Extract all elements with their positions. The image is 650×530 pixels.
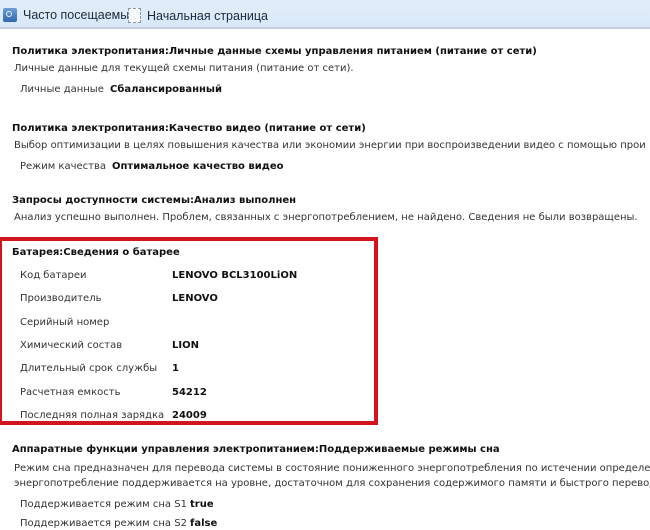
bookmark-most-visited[interactable]: Часто посещаемые <box>3 8 136 22</box>
row-key: Поддерживается режим сна S1 <box>20 499 190 510</box>
battery-row-manufacturer: Производитель LENOVO <box>20 287 297 310</box>
bookmark-home-page[interactable]: Начальная страница <box>128 8 268 23</box>
row-value: LENOVO BCL3100LiON <box>172 270 297 281</box>
section-description: Личные данные для текущей схемы питания … <box>14 63 537 74</box>
description-line: Режим сна предназначен для перевода сист… <box>14 461 650 476</box>
section-title: Запросы доступности системы:Анализ выпол… <box>12 195 638 206</box>
bookmarks-toolbar: Часто посещаемые Начальная страница <box>0 0 650 29</box>
battery-row-design-capacity: Расчетная емкость 54212 <box>20 380 297 403</box>
battery-row-id: Код батареи LENOVO BCL3100LiON <box>20 264 297 287</box>
row-key: Длительный срок службы <box>20 363 172 374</box>
section-description: Режим сна предназначен для перевода сист… <box>14 461 650 491</box>
row-key: Код батареи <box>20 270 172 281</box>
row-key: Серийный номер <box>20 317 172 328</box>
bookmark-label: Часто посещаемые <box>23 8 136 22</box>
description-line: энергопотребление поддерживается на уров… <box>14 476 650 491</box>
section-sleep-states: Аппаратные функции управления электропит… <box>12 444 650 529</box>
row-key: Личные данные <box>20 84 110 95</box>
row-key: Расчетная емкость <box>20 387 172 398</box>
section-power-personality: Политика электропитания:Личные данные сх… <box>12 46 537 95</box>
row-key: Химический состав <box>20 340 172 351</box>
row-value: 24009 <box>172 410 207 421</box>
battery-row-last-full-charge: Последняя полная зарядка 24009 <box>20 404 297 427</box>
detail-row: Личные данные Сбалансированный <box>20 84 537 95</box>
row-value: Оптимальное качество видео <box>112 161 283 172</box>
detail-row: Режим качества Оптимальное качество виде… <box>20 161 646 172</box>
favorites-icon <box>3 8 17 22</box>
section-description: Выбор оптимизации в целях повышения каче… <box>14 140 646 151</box>
section-title: Батарея:Сведения о батарее <box>12 247 297 258</box>
row-value: LION <box>172 340 199 351</box>
battery-row-long-term: Длительный срок службы 1 <box>20 357 297 380</box>
section-description: Анализ успешно выполнен. Проблем, связан… <box>14 212 638 223</box>
bookmark-label: Начальная страница <box>147 9 268 23</box>
section-video-quality: Политика электропитания:Качество видео (… <box>12 123 646 172</box>
battery-row-serial: Серийный номер <box>20 311 297 334</box>
row-value: 1 <box>172 363 179 374</box>
row-value: 54212 <box>172 387 207 398</box>
row-key: Последняя полная зарядка <box>20 410 172 421</box>
sleep-row-s2: Поддерживается режим сна S2 false <box>20 518 650 529</box>
section-battery: Батарея:Сведения о батарее Код батареи L… <box>12 247 297 427</box>
section-title: Аппаратные функции управления электропит… <box>12 444 650 455</box>
row-key: Производитель <box>20 293 172 304</box>
section-availability: Запросы доступности системы:Анализ выпол… <box>12 195 638 223</box>
row-key: Режим качества <box>20 161 112 172</box>
page-icon <box>128 8 141 23</box>
row-value: Сбалансированный <box>110 84 222 95</box>
section-title: Политика электропитания:Личные данные сх… <box>12 46 537 57</box>
section-title: Политика электропитания:Качество видео (… <box>12 123 646 134</box>
row-value: LENOVO <box>172 293 218 304</box>
row-value: true <box>190 499 214 510</box>
battery-row-chemistry: Химический состав LION <box>20 334 297 357</box>
row-value: false <box>190 518 217 529</box>
row-key: Поддерживается режим сна S2 <box>20 518 190 529</box>
sleep-row-s1: Поддерживается режим сна S1 true <box>20 499 650 510</box>
